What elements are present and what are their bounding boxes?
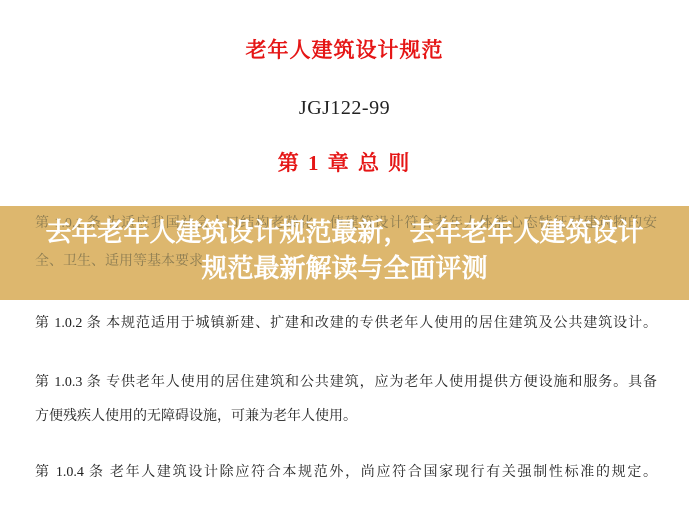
article-1-0-4-line1: 第 1.0.4 条 老年人建筑设计除应符合本规范外，尚应符合国家现行有关强制性标…	[35, 456, 657, 490]
article-1-0-3-line1: 第 1.0.3 条 专供老年人使用的居住建筑和公共建筑，应为老年人使用提供方便设…	[35, 366, 657, 400]
banner-title-line2: 规范最新解读与全面评测	[201, 253, 487, 283]
banner-title: 去年老年人建筑设计规范最新，去年老年人建筑设计 规范最新解读与全面评测	[0, 214, 689, 286]
document-title: 老年人建筑设计规范	[0, 34, 689, 64]
article-1-0-3: 第 1.0.3 条 专供老年人使用的居住建筑和公共建筑，应为老年人使用提供方便设…	[35, 366, 657, 434]
banner-title-line1: 去年老年人建筑设计规范最新，去年老年人建筑设计	[45, 217, 643, 247]
overlay-banner: 第 1.0.1 条 为适应我国社会人口结构老龄化，使建筑设计符合老年人体能心态特…	[0, 206, 689, 300]
article-1-0-2: 第 1.0.2 条 本规范适用于城镇新建、扩建和改建的专供老年人使用的居住建筑及…	[35, 307, 657, 341]
document-page: 老年人建筑设计规范 JGJ122-99 第 1 章 总 则 第 1.0.1 条 …	[0, 0, 689, 508]
chapter-heading: 第 1 章 总 则	[0, 147, 689, 177]
standard-code: JGJ122-99	[0, 97, 689, 120]
article-1-0-3-line2: 方便残疾人使用的无障碍设施，可兼为老年人使用。	[35, 400, 657, 434]
article-1-0-2-line1: 第 1.0.2 条 本规范适用于城镇新建、扩建和改建的专供老年人使用的居住建筑及…	[35, 307, 657, 341]
article-1-0-4: 第 1.0.4 条 老年人建筑设计除应符合本规范外，尚应符合国家现行有关强制性标…	[35, 456, 657, 490]
